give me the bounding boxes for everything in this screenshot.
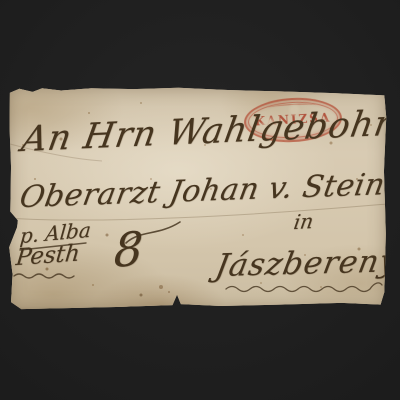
foxing-spots xyxy=(8,86,10,88)
wavy-underline-pesth xyxy=(14,274,74,278)
rate-marking: 8 xyxy=(113,221,144,279)
address-line-in: in xyxy=(292,209,315,234)
photo-background: KANIZSA An Hrn Wahlgebohren H Oberarzt J… xyxy=(0,0,400,400)
letter-cover: KANIZSA An Hrn Wahlgebohren H Oberarzt J… xyxy=(8,86,387,310)
routing-note-pesth: Pesth xyxy=(15,240,82,271)
wavy-underline-destination xyxy=(226,283,382,292)
address-line-destination: Jászberenÿ xyxy=(213,243,400,284)
